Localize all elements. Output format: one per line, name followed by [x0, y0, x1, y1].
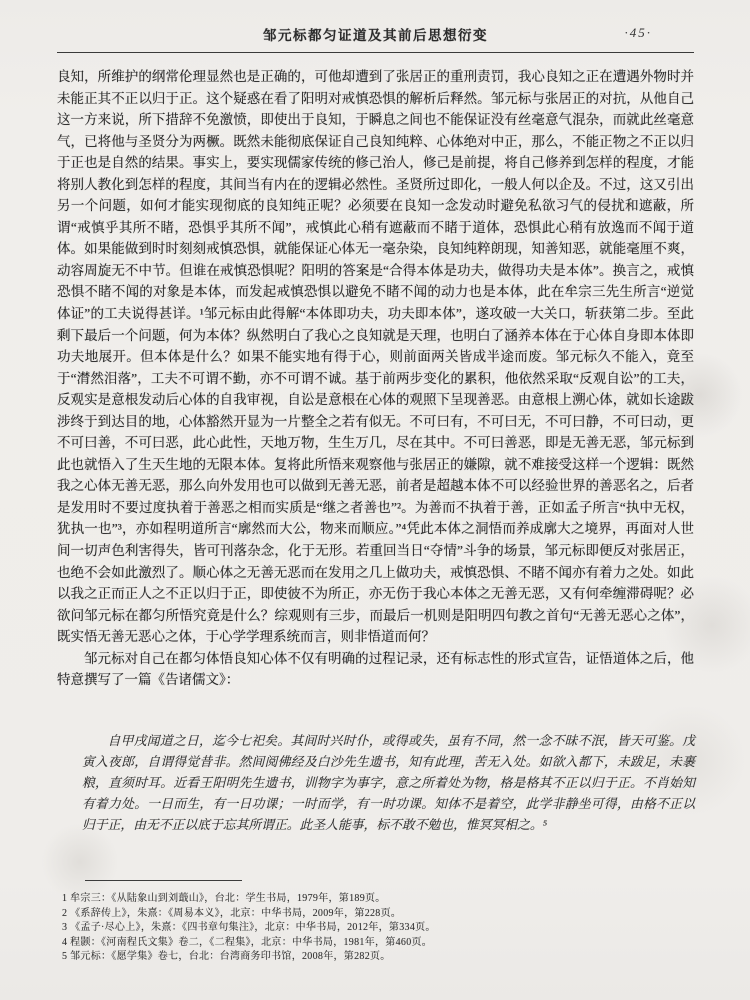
running-title: 邹元标都匀证道及其前后思想衍变 — [57, 24, 694, 44]
scanned-paper-page: 邹元标都匀证道及其前后思想衍变 ·45· 良知，所维护的纲常伦理显然也是正确的，… — [0, 0, 750, 1000]
footnote-2: 2 《系辞传上》，朱熹：《周易本义》，北京：中华书局，2009年，第228页。 — [62, 907, 682, 921]
footnote-divider — [85, 880, 242, 881]
page-number: ·45· — [625, 25, 653, 41]
body-paragraph-1: 良知，所维护的纲常伦理显然也是正确的，可他却遭到了张居正的重刑责罚，我心良知之正… — [57, 66, 694, 648]
footnote-3: 3 《孟子·尽心上》，朱熹：《四书章句集注》，北京：中华书局，2012年，第33… — [62, 921, 682, 935]
block-quote: 自甲戌闻道之日，迄今七祀矣。其间时兴时仆，或得或失，虽有不同，然一念不昧不泯，皆… — [82, 731, 695, 836]
header-divider — [57, 52, 694, 53]
page-header: 邹元标都匀证道及其前后思想衍变 ·45· — [57, 24, 694, 46]
footnote-1: 1 牟宗三：《从陆象山到刘蕺山》，台北：学生书局，1979年，第189页。 — [62, 892, 682, 906]
footnote-4: 4 程颢：《河南程氏文集》卷二，《二程集》，北京：中华书局，1981年，第460… — [62, 936, 682, 950]
footnotes-section: 1 牟宗三：《从陆象山到刘蕺山》，台北：学生书局，1979年，第189页。 2 … — [62, 892, 682, 965]
footnote-5: 5 邹元标：《愿学集》卷七，台北：台湾商务印书馆，2008年，第282页。 — [62, 950, 682, 964]
body-paragraph-2: 邹元标对自己在都匀体悟良知心体不仅有明确的过程记录，还有标志性的形式宣告，证悟道… — [57, 648, 694, 691]
article-body: 良知，所维护的纲常伦理显然也是正确的，可他却遭到了张居正的重刑责罚，我心良知之正… — [57, 66, 694, 691]
